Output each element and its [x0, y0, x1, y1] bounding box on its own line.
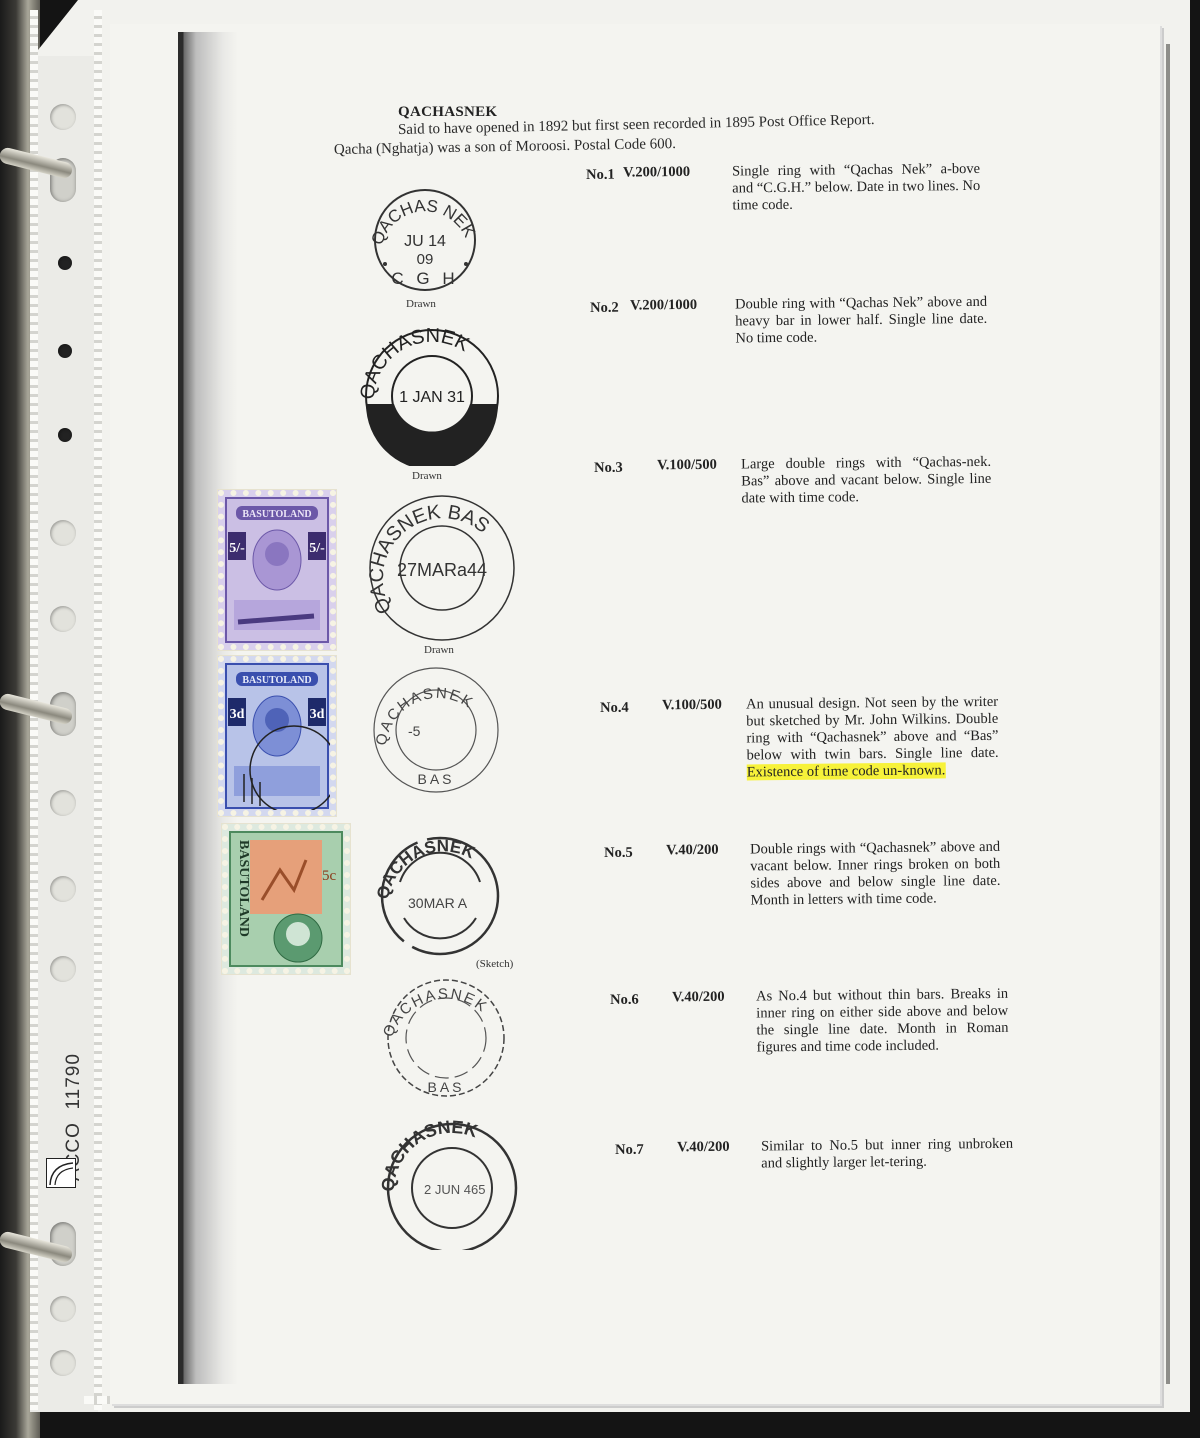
svg-text:BAS: BAS [417, 771, 454, 787]
svg-text:QACHASNEK: QACHASNEK [373, 836, 478, 901]
acco-logo-icon [46, 1158, 76, 1188]
svg-text:09: 09 [417, 251, 434, 268]
stamp-basutoland-5-cents: 5c BASUTOLAND [222, 824, 350, 974]
entry-number: No.5 [604, 845, 633, 862]
punch-hole [50, 1350, 76, 1376]
svg-text:-5: -5 [408, 723, 421, 739]
svg-text:BASUTOLAND: BASUTOLAND [242, 509, 311, 520]
postmark-no7: QACHASNEK 2 JUN 465 [380, 1120, 530, 1250]
svg-text:2 JUN 465: 2 JUN 465 [424, 1182, 485, 1197]
highlighted-note: Existence of time code un-known. [747, 762, 946, 780]
svg-text:1 JAN 31: 1 JAN 31 [399, 389, 465, 406]
svg-text:QACHASNEK: QACHASNEK [380, 986, 491, 1040]
entry-number: No.6 [610, 992, 639, 1009]
postmark-no3: QACHASNEK BAS 27MARa44 [362, 492, 522, 642]
entry-description: Double rings with “Qachasnek” above and … [750, 839, 1001, 910]
punch-hole [50, 520, 76, 546]
svg-text:JU 14: JU 14 [404, 233, 446, 250]
entry-value: V.100/500 [657, 457, 717, 475]
entry-value: V.40/200 [677, 1139, 730, 1157]
page-title: QACHASNEK [398, 104, 497, 121]
entry-description: An unusual design. Not seen by the write… [746, 694, 999, 782]
punch-hole [50, 956, 76, 982]
punch-hole [50, 606, 76, 632]
stamp-basutoland-3-pence: BASUTOLAND 3d 3d [218, 656, 336, 816]
entry-number: No.7 [615, 1142, 644, 1159]
punch-hole [50, 104, 76, 130]
svg-text:BAS: BAS [427, 1079, 464, 1095]
punch-hole [58, 256, 72, 270]
punch-hole [50, 876, 76, 902]
punch-hole [50, 1296, 76, 1322]
postmark-caption: Drawn [424, 644, 454, 656]
punch-hole [58, 428, 72, 442]
entry-value: V.100/500 [662, 697, 722, 715]
entry-number: No.2 [590, 300, 619, 317]
svg-text:5/-: 5/- [229, 541, 245, 556]
svg-text:BASUTOLAND: BASUTOLAND [242, 675, 311, 686]
postmark-no4: QACHASNEK -5 BAS [366, 666, 506, 796]
entry-description: As No.4 but without thin bars. Breaks in… [756, 986, 1009, 1057]
entry-value: V.40/200 [666, 842, 719, 860]
postmark-no1: QACHAS NEK JU 14 09 C G H [360, 184, 490, 294]
punch-hole [58, 344, 72, 358]
stamp-basutoland-5-shilling: BASUTOLAND 5/- 5/- [218, 490, 336, 650]
postmark-caption: (Sketch) [476, 958, 513, 970]
entry-description: Similar to No.5 but inner ring unbroken … [761, 1136, 1013, 1173]
entry-value: V.200/1000 [623, 164, 690, 182]
svg-text:27MARa44: 27MARa44 [397, 560, 487, 580]
entry-description: Double ring with “Qachas Nek” above and … [735, 294, 988, 348]
entry-description: Single ring with “Qachas Nek” a-bove and… [732, 161, 981, 215]
postmark-caption: Drawn [412, 470, 442, 482]
entry-description: Large double rings with “Qachas-nek. Bas… [741, 454, 992, 508]
svg-text:30MAR A: 30MAR A [408, 895, 468, 911]
sleeve-inner-weld [94, 10, 102, 1410]
svg-text:QACHASNEK: QACHASNEK [373, 685, 477, 747]
entry-number: No.3 [594, 460, 623, 477]
svg-text:5/-: 5/- [309, 541, 325, 556]
entry-number: No.4 [600, 700, 629, 717]
punch-hole [50, 790, 76, 816]
postmark-caption: Drawn [406, 298, 436, 310]
postmark-no2: QACHASNEK 1 JAN 31 [352, 326, 512, 466]
entry-value: V.40/200 [672, 989, 725, 1007]
model-number: 11790 [63, 1053, 84, 1109]
svg-text:C G H: C G H [391, 269, 458, 288]
postmark-no5: QACHASNEK 30MAR A [372, 832, 512, 957]
page-edge [1166, 44, 1170, 1384]
svg-text:3d: 3d [230, 707, 245, 722]
svg-text:3d: 3d [310, 707, 325, 722]
entry-value: V.200/1000 [630, 297, 697, 315]
postmark-no6: QACHASNEK BAS [378, 976, 518, 1106]
svg-text:BASUTOLAND: BASUTOLAND [236, 840, 251, 937]
svg-text:5c: 5c [322, 868, 337, 884]
entry-number: No.1 [586, 167, 615, 184]
